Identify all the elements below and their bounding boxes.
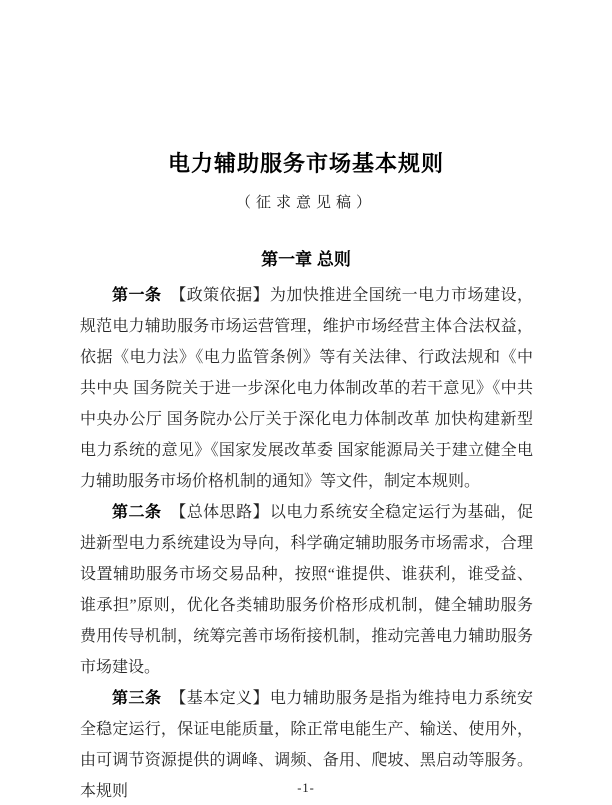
article-text: 以电力系统安全稳定运行为基础，促进新型电力系统建设为导向，科学确定辅助服务市场需… <box>80 504 533 676</box>
article-paragraph-1: 第一条【政策依据】为加快推进全国统一电力市场建设，规范电力辅助服务市场运营管理，… <box>80 280 533 497</box>
article-tag: 【总体思路】 <box>170 504 269 521</box>
article-number: 第三条 <box>112 690 161 707</box>
page-number: -1- <box>0 781 612 796</box>
document-subtitle: （征求意见稿） <box>0 193 612 213</box>
article-tag: 【基本定义】 <box>170 690 269 707</box>
article-text: 为加快推进全国统一电力市场建设，规范电力辅助服务市场运营管理，维护市场经营主体合… <box>80 287 533 490</box>
article-number: 第二条 <box>112 504 161 521</box>
article-paragraph-2: 第二条【总体思路】以电力系统安全稳定运行为基础，促进新型电力系统建设为导向，科学… <box>80 497 533 683</box>
document-page: 电力辅助服务市场基本规则 （征求意见稿） 第一章 总则 第一条【政策依据】为加快… <box>0 0 612 805</box>
article-number: 第一条 <box>112 287 161 304</box>
chapter-heading: 第一章 总则 <box>0 249 612 271</box>
article-tag: 【政策依据】 <box>170 287 269 304</box>
document-body: 第一条【政策依据】为加快推进全国统一电力市场建设，规范电力辅助服务市场运营管理，… <box>80 280 533 805</box>
document-title: 电力辅助服务市场基本规则 <box>0 0 612 179</box>
